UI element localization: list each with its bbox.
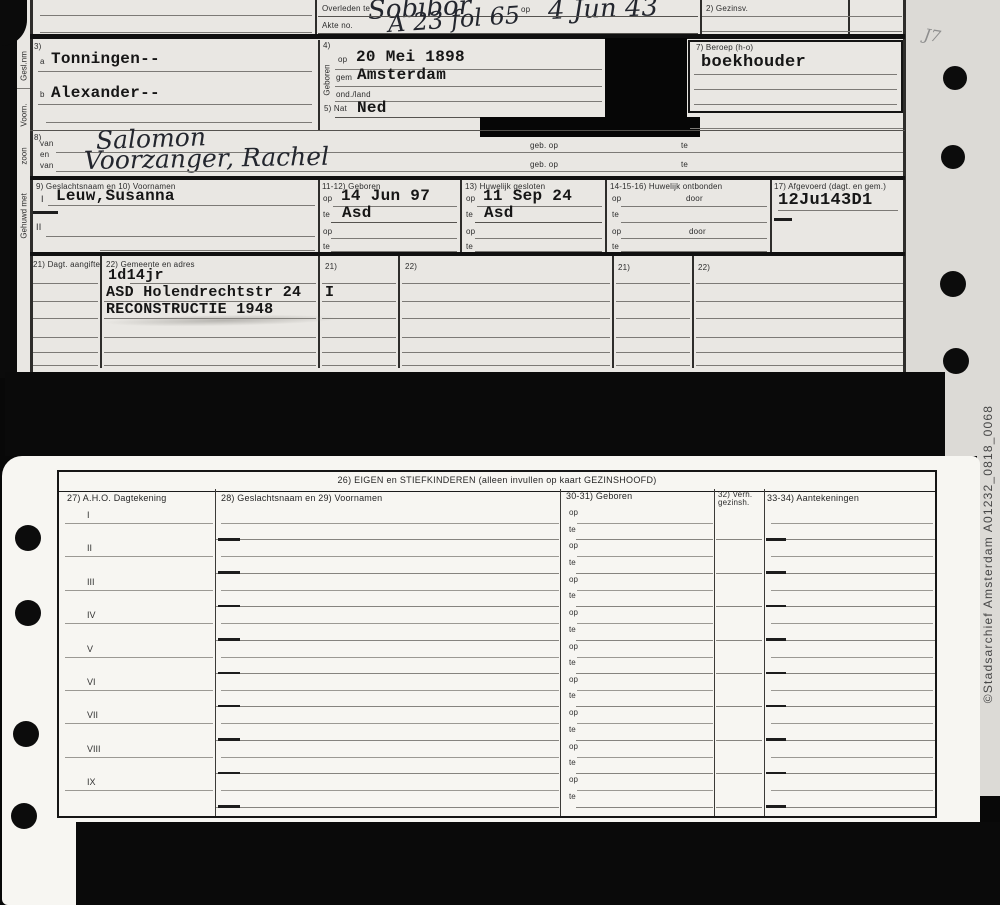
- row-numeral: II: [87, 543, 92, 553]
- rule: [621, 222, 767, 223]
- rule: [696, 365, 903, 366]
- afgevoerd-value: 12Ju143D1: [778, 191, 873, 210]
- rule: [104, 337, 316, 338]
- zoon-side-label: zoon: [20, 147, 29, 164]
- gem-label: gem: [336, 73, 352, 82]
- rule: [771, 757, 933, 758]
- rule: [402, 365, 610, 366]
- col-verh-header-line2: gezinsh.: [718, 498, 749, 507]
- op-label: op: [466, 227, 475, 236]
- te-label: te: [466, 210, 473, 219]
- rule: [402, 283, 610, 284]
- op-label: op: [612, 194, 621, 203]
- rule: [33, 365, 98, 366]
- rule: [616, 337, 690, 338]
- row-numeral: I: [87, 510, 90, 520]
- rule: [38, 71, 312, 72]
- ond-land-label: ond./land: [336, 90, 371, 99]
- card-right-rule: [903, 0, 906, 372]
- col21c-header: 21): [618, 263, 630, 272]
- rule: [216, 807, 559, 808]
- divider: [460, 180, 462, 253]
- col-dagtekening-header: 27) A.H.O. Dagtekening: [67, 493, 166, 503]
- blank-rule: [40, 15, 312, 16]
- rule: [33, 352, 98, 353]
- rule: [65, 590, 213, 591]
- divider: [692, 256, 694, 368]
- row-numeral: V: [87, 644, 93, 654]
- rule: [694, 74, 897, 75]
- op-label: op: [569, 575, 578, 584]
- child-row: V op te: [59, 641, 935, 674]
- aangifte-regel2: ASD Holendrechtstr 24: [106, 284, 301, 301]
- punch-hole: [941, 145, 965, 169]
- rule: [104, 352, 316, 353]
- beroep-label: 7) Beroep (h-o): [696, 43, 753, 52]
- divider: [318, 180, 320, 253]
- row-numeral: IV: [87, 610, 96, 620]
- rule: [322, 283, 396, 284]
- aangifte-kolom2: I: [325, 284, 334, 301]
- heavy-divider: [30, 252, 905, 256]
- rule: [577, 790, 713, 791]
- rule: [771, 790, 933, 791]
- rule: [621, 206, 767, 207]
- huw-gesloten-datum: 11 Sep 24: [483, 187, 572, 205]
- te-label: te: [612, 242, 619, 251]
- te-label: te: [569, 758, 576, 767]
- pen-dash: [766, 805, 786, 808]
- op-label: op: [569, 742, 578, 751]
- te-label: te: [569, 658, 576, 667]
- op-label: op: [569, 608, 578, 617]
- children-table-title: 26) EIGEN en STIEFKINDEREN (alleen invul…: [59, 472, 935, 492]
- pen-dash: [33, 211, 58, 214]
- rule: [621, 238, 767, 239]
- rule: [771, 623, 933, 624]
- aangifte-regel1: 1d14jr: [108, 267, 164, 284]
- te-label: te: [323, 242, 330, 251]
- child-row: VIII op te: [59, 741, 935, 774]
- rule: [696, 337, 903, 338]
- moeder-value: Voorzanger, Rachel: [84, 142, 330, 175]
- te-label: te: [323, 210, 330, 219]
- divider: [605, 180, 607, 253]
- te-label: te: [569, 691, 576, 700]
- punch-hole: [15, 600, 41, 626]
- rule: [130, 283, 316, 284]
- divider: [398, 256, 400, 368]
- scan-gap-black: [5, 372, 945, 456]
- rule: [577, 757, 713, 758]
- rule: [221, 723, 559, 724]
- col-naam-header: 28) Geslachtsnaam en 29) Voornamen: [221, 493, 382, 503]
- pen-dash: [774, 218, 792, 221]
- te-label: te: [466, 242, 473, 251]
- rule: [690, 128, 903, 129]
- van-label: van: [40, 139, 54, 148]
- rule: [475, 222, 602, 223]
- divider: [318, 40, 320, 130]
- rule: [702, 16, 902, 17]
- huw-gesloten-plaats: Asd: [484, 204, 514, 222]
- akte-no-label: Akte no.: [322, 21, 353, 30]
- rule: [65, 523, 213, 524]
- children-rows: I op te II op te: [59, 507, 935, 808]
- rule: [716, 807, 762, 808]
- rule: [577, 590, 713, 591]
- rule: [702, 31, 902, 32]
- rule: [771, 690, 933, 691]
- rule: [577, 657, 713, 658]
- rule: [46, 236, 315, 237]
- strip-rule: [17, 88, 30, 89]
- rule: [322, 352, 396, 353]
- rule: [33, 301, 98, 302]
- rule: [221, 657, 559, 658]
- voornamen-value: Alexander--: [51, 84, 160, 102]
- sec3-number: 3): [34, 42, 42, 51]
- rule: [616, 365, 690, 366]
- rule: [616, 301, 690, 302]
- te-label: te: [612, 210, 619, 219]
- child-row: II op te: [59, 540, 935, 573]
- rule: [38, 104, 312, 105]
- row-numeral: III: [87, 577, 95, 587]
- op-label: op: [521, 5, 530, 14]
- geboorteplaats-value: Amsterdam: [357, 66, 446, 84]
- geb-op-label: geb. op: [530, 141, 558, 150]
- rule: [771, 523, 933, 524]
- geboortedatum-value: 20 Mei 1898: [356, 48, 465, 66]
- rule: [65, 757, 213, 758]
- rule: [696, 301, 903, 302]
- rule: [322, 301, 396, 302]
- te-label: te: [681, 160, 688, 169]
- rule: [65, 556, 213, 557]
- rule: [577, 723, 713, 724]
- rule: [694, 89, 897, 90]
- rule: [696, 283, 903, 284]
- rule: [331, 222, 457, 223]
- divider: [612, 256, 614, 368]
- op-label: op: [569, 708, 578, 717]
- rule: [771, 556, 933, 557]
- rule: [104, 365, 316, 366]
- voorn-side-label: Voorn.: [20, 103, 29, 126]
- child-row: III op te: [59, 574, 935, 607]
- huw-geboren-plaats: Asd: [342, 204, 372, 222]
- rule: [65, 623, 213, 624]
- rule: [402, 352, 610, 353]
- card-left-edge-shadow: [0, 0, 17, 378]
- blank-rule: [40, 32, 312, 33]
- heavy-divider: [30, 176, 905, 180]
- pen-dash: [218, 805, 240, 808]
- rule: [33, 337, 98, 338]
- gehuwd-met-side-label: Gehuwd met: [20, 193, 29, 238]
- rule: [771, 723, 933, 724]
- en-label: en: [40, 150, 49, 159]
- ontbonden-header: 14-15-16) Huwelijk ontbonden: [610, 182, 722, 191]
- scan-bottom-black: [76, 822, 1000, 905]
- afgevoerd-header: 17) Afgevoerd (dagt. en gem.): [774, 182, 886, 191]
- rule: [221, 757, 559, 758]
- rule: [616, 318, 690, 319]
- row-numeral: VIII: [87, 744, 101, 754]
- row-numeral: IX: [87, 777, 96, 787]
- rule: [65, 723, 213, 724]
- rule: [577, 623, 713, 624]
- rule: [331, 238, 457, 239]
- nationaliteit-value: Ned: [357, 99, 387, 117]
- card-inner-left-rule: [30, 0, 33, 372]
- punch-hole: [13, 721, 39, 747]
- te-label: te: [569, 625, 576, 634]
- op-label: op: [569, 675, 578, 684]
- rule: [33, 318, 98, 319]
- rule: [766, 807, 935, 808]
- te-label: te: [681, 141, 688, 150]
- rule: [104, 301, 316, 302]
- rule: [576, 807, 713, 808]
- child-row: VI op te: [59, 674, 935, 707]
- rule: [402, 301, 610, 302]
- door-label: door: [686, 194, 703, 203]
- rule: [322, 365, 396, 366]
- van-label: van: [40, 161, 54, 170]
- sec4-number: 4): [323, 41, 331, 50]
- nat-label: 5) Nat: [324, 104, 347, 113]
- a-label: a: [40, 57, 45, 66]
- child-row: I op te: [59, 507, 935, 540]
- rij1-label: I: [41, 194, 44, 204]
- rule: [696, 352, 903, 353]
- archive-copyright-text: ©Stadsarchief Amsterdam A01232_0818_0068: [981, 354, 995, 754]
- rule: [221, 623, 559, 624]
- rule: [616, 283, 690, 284]
- col22c-header: 22): [698, 263, 710, 272]
- rule: [65, 790, 213, 791]
- rule: [100, 250, 315, 251]
- geslachtsnaam-value: Tonningen--: [51, 50, 160, 68]
- dagt-aangifte-header: 21) Dagt. aangifte: [33, 260, 100, 269]
- heavy-divider: [30, 34, 905, 39]
- geboren-side-label: Geboren: [323, 64, 332, 95]
- op-label: op: [323, 194, 332, 203]
- rule: [778, 210, 898, 211]
- divider: [770, 180, 772, 253]
- rule: [322, 337, 396, 338]
- divider: [100, 256, 102, 368]
- col-aantekeningen-header: 33-34) Aantekeningen: [767, 493, 859, 503]
- overleden-datum-value: 4 Jun 43: [547, 0, 658, 26]
- op-label: op: [466, 194, 475, 203]
- beroep-value: boekhouder: [701, 53, 806, 72]
- op-label: op: [569, 775, 578, 784]
- op-label: op: [569, 541, 578, 550]
- op-label: op: [323, 227, 332, 236]
- rule: [65, 657, 213, 658]
- punch-hole: [943, 348, 969, 374]
- rule: [771, 657, 933, 658]
- rule: [577, 690, 713, 691]
- divider: [315, 0, 317, 36]
- geb-op-label: geb. op: [530, 160, 558, 169]
- gezinsv-label: 2) Gezinsv.: [706, 4, 748, 13]
- redaction-block: [480, 117, 700, 137]
- rule: [322, 318, 396, 319]
- scanned-archive-card: Overleden te Sobibor op 4 Jun 43 Akte no…: [0, 0, 1000, 905]
- op-label: op: [612, 227, 621, 236]
- door-label: door: [689, 227, 706, 236]
- op-label: op: [338, 55, 347, 64]
- rule: [65, 690, 213, 691]
- col-geboren-header: 30-31) Geboren: [566, 491, 632, 501]
- geslnm-side-label: Gesl.nm: [20, 51, 29, 81]
- rule: [616, 352, 690, 353]
- rule: [771, 590, 933, 591]
- op-label: op: [569, 642, 578, 651]
- rule: [221, 590, 559, 591]
- b-label: b: [40, 90, 45, 99]
- rule: [221, 523, 559, 524]
- rule: [221, 556, 559, 557]
- col22b-header: 22): [405, 262, 417, 271]
- row-numeral: VII: [87, 710, 98, 720]
- te-label: te: [569, 591, 576, 600]
- rij2-label: II: [36, 222, 41, 232]
- rule: [221, 790, 559, 791]
- col21b-header: 21): [325, 262, 337, 271]
- rule: [33, 283, 98, 284]
- rule: [694, 104, 897, 105]
- op-label: op: [569, 508, 578, 517]
- row-numeral: VI: [87, 677, 96, 687]
- rule: [402, 318, 610, 319]
- rule: [221, 690, 559, 691]
- pencil-note: J7: [923, 25, 942, 46]
- rule: [402, 337, 610, 338]
- rule: [335, 86, 602, 87]
- te-label: te: [569, 558, 576, 567]
- punch-hole: [943, 66, 967, 90]
- child-row: IX op te: [59, 774, 935, 807]
- overleden-te-label: Overleden te: [322, 4, 370, 13]
- te-label: te: [569, 725, 576, 734]
- te-label: te: [569, 525, 576, 534]
- punch-hole: [11, 803, 37, 829]
- huw-geboren-datum: 14 Jun 97: [341, 187, 430, 205]
- rule: [475, 238, 602, 239]
- divider: [318, 256, 320, 368]
- child-row: VII op te: [59, 707, 935, 740]
- rule: [48, 205, 315, 206]
- echtgenote-value: Leuw,Susanna: [56, 187, 175, 205]
- punch-hole: [940, 271, 966, 297]
- punch-hole: [15, 525, 41, 551]
- rule: [696, 318, 903, 319]
- children-table: 26) EIGEN en STIEFKINDEREN (alleen invul…: [57, 470, 937, 818]
- rule: [577, 556, 713, 557]
- rule: [56, 171, 903, 172]
- rule: [577, 523, 713, 524]
- child-row: IV op te: [59, 607, 935, 640]
- te-label: te: [569, 792, 576, 801]
